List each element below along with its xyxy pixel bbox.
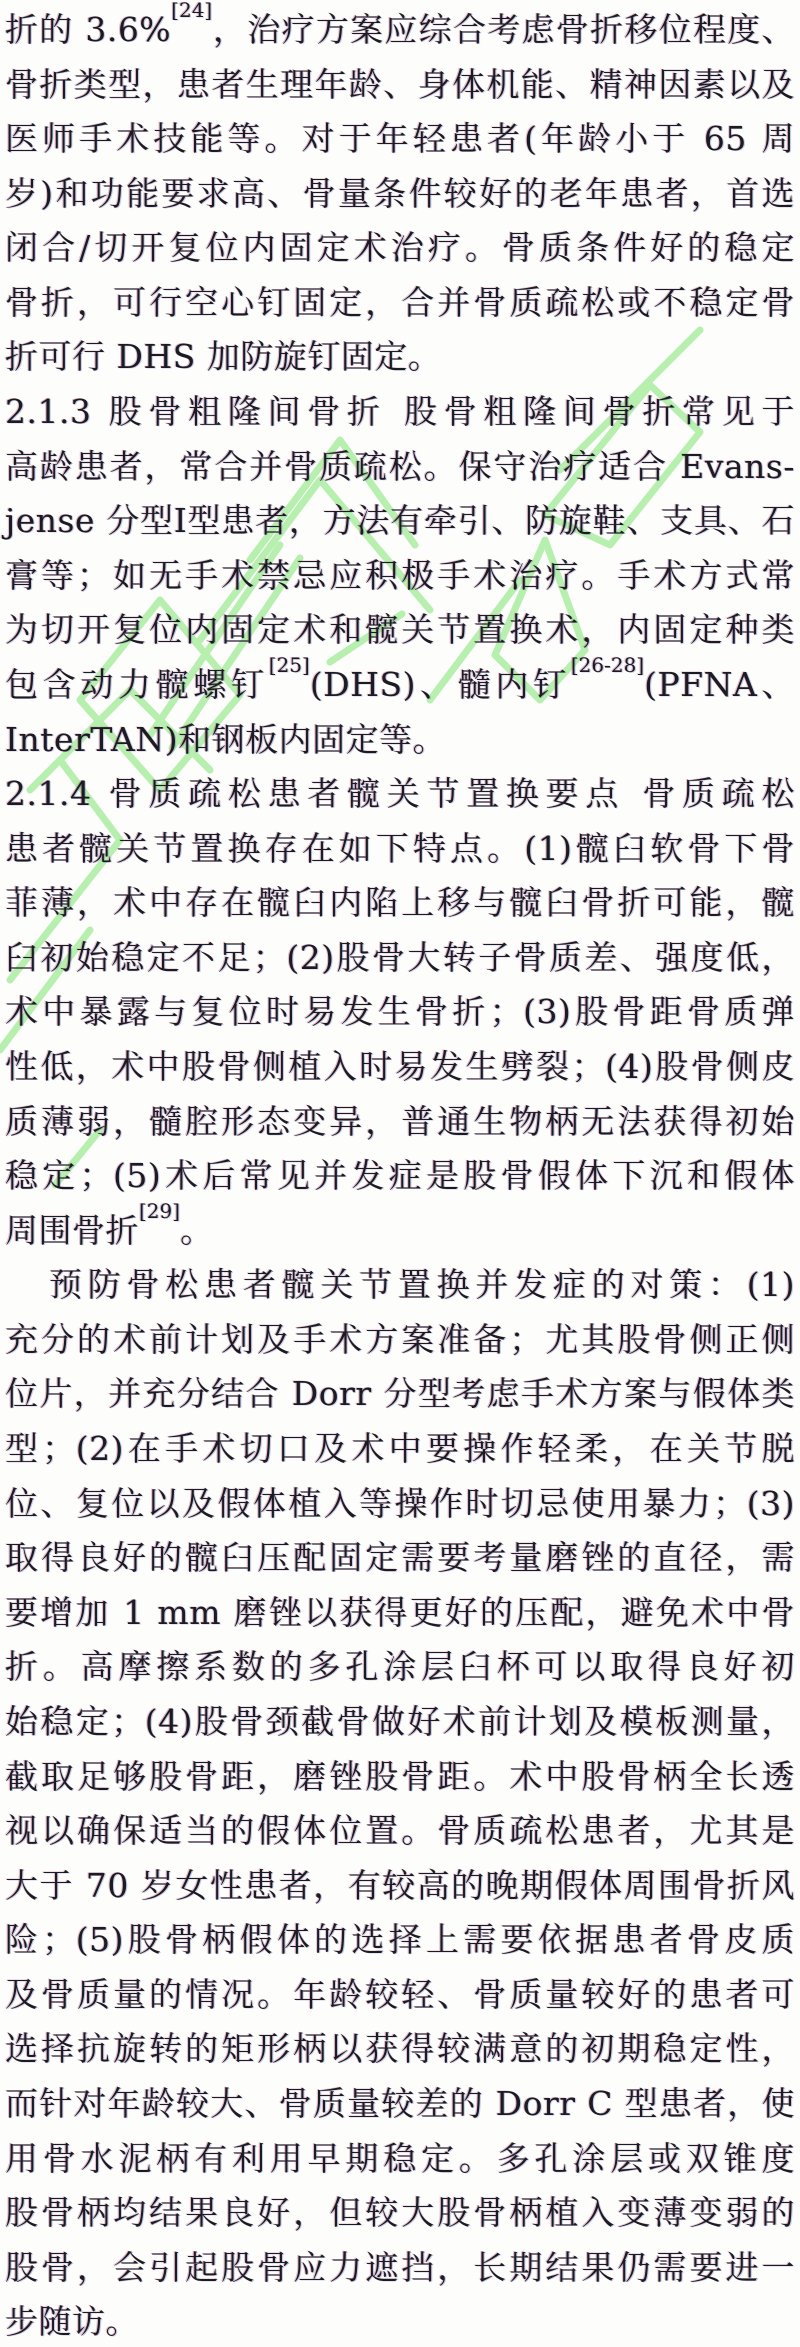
text-line: 菲薄，术中存在髋臼内陷上移与髋臼骨折可能，髋 xyxy=(5,876,795,931)
text-line: 2.1.3 股骨粗隆间骨折 股骨粗隆间骨折常见于 xyxy=(5,385,795,440)
text-line: 要增加 1 mm 磨锉以获得更好的压配，避免术中骨 xyxy=(5,1586,795,1641)
text-line: 臼初始稳定不足；(2)股骨大转子骨质差、强度低， xyxy=(5,931,795,986)
text-line: 预防骨松患者髋关节置换并发症的对策：(1) xyxy=(5,1258,795,1313)
text-line: 患者髋关节置换存在如下特点。(1)髋臼软骨下骨 xyxy=(5,822,795,877)
text-line: 截取足够股骨距，磨锉股骨距。术中股骨柄全长透 xyxy=(5,1750,795,1805)
article-text: 折的 3.6%[24]，治疗方案应综合考虑骨折移位程度、骨折类型，患者生理年龄、… xyxy=(0,0,800,2347)
text-line: 2.1.4 骨质疏松患者髋关节置换要点 骨质疏松 xyxy=(5,767,795,822)
text-line: 闭合/切开复位内固定术治疗。骨质条件好的稳定 xyxy=(5,221,795,276)
text-line: 为切开复位内固定术和髋关节置换术，内固定种类 xyxy=(5,603,795,658)
reference-superscript: [24] xyxy=(171,0,212,22)
text-line: 岁)和功能要求高、骨量条件较好的老年患者，首选 xyxy=(5,167,795,222)
reference-superscript: [29] xyxy=(139,1199,180,1223)
text-line: 折可行 DHS 加防旋钉固定。 xyxy=(5,330,795,385)
text-line: 骨折类型，患者生理年龄、身体机能、精神因素以及 xyxy=(5,58,795,113)
text-line: 位片，并充分结合 Dorr 分型考虑手术方案与假体类 xyxy=(5,1367,795,1422)
text-line: 位、复位以及假体植入等操作时切忌使用暴力；(3) xyxy=(5,1477,795,1532)
text-line: 骨折，可行空心钉固定，合并骨质疏松或不稳定骨 xyxy=(5,276,795,331)
text-line: 险；(5)股骨柄假体的选择上需要依据患者骨皮质 xyxy=(5,1913,795,1968)
text-line: 选择抗旋转的矩形柄以获得较满意的初期稳定性， xyxy=(5,2022,795,2077)
journal-page: 折的 3.6%[24]，治疗方案应综合考虑骨折移位程度、骨折类型，患者生理年龄、… xyxy=(0,0,800,2347)
text-line: 医师手术技能等。对于年轻患者(年龄小于 65 周 xyxy=(5,112,795,167)
text-line: 稳定；(5)术后常见并发症是股骨假体下沉和假体 xyxy=(5,1149,795,1204)
text-line: 充分的术前计划及手术方案准备；尤其股骨侧正侧 xyxy=(5,1313,795,1368)
text-line: 高龄患者，常合并骨质疏松。保守治疗适合 Evans- xyxy=(5,440,795,495)
text-line: 型；(2)在手术切口及术中要操作轻柔，在关节脱 xyxy=(5,1422,795,1477)
reference-superscript: [25] xyxy=(269,653,310,677)
text-line: 折。高摩擦系数的多孔涂层臼杯可以取得良好初 xyxy=(5,1640,795,1695)
text-line: 折的 3.6%[24]，治疗方案应综合考虑骨折移位程度、 xyxy=(5,3,795,58)
reference-superscript: [26-28] xyxy=(571,653,644,677)
text-line: 股骨，会引起股骨应力遮挡，长期结果仍需要进一 xyxy=(5,2241,795,2296)
text-line: InterTAN)和钢板内固定等。 xyxy=(5,713,795,768)
text-line: 周围骨折[29]。 xyxy=(5,1204,795,1259)
text-line: 取得良好的髋臼压配固定需要考量磨锉的直径，需 xyxy=(5,1531,795,1586)
text-line: 而针对年龄较大、骨质量较差的 Dorr C 型患者，使 xyxy=(5,2077,795,2132)
text-line: 始稳定；(4)股骨颈截骨做好术前计划及模板测量， xyxy=(5,1695,795,1750)
text-line: 步随访。 xyxy=(5,2295,795,2347)
text-line: 术中暴露与复位时易发生骨折；(3)股骨距骨质弹 xyxy=(5,985,795,1040)
text-line: 性低，术中股骨侧植入时易发生劈裂；(4)股骨侧皮 xyxy=(5,1040,795,1095)
text-line: 大于 70 岁女性患者，有较高的晚期假体周围骨折风 xyxy=(5,1859,795,1914)
text-line: 视以确保适当的假体位置。骨质疏松患者，尤其是 xyxy=(5,1804,795,1859)
text-line: jense 分型Ⅰ型患者，方法有牵引、防旋鞋、支具、石 xyxy=(5,494,795,549)
text-line: 股骨柄均结果良好，但较大股骨柄植入变薄变弱的 xyxy=(5,2186,795,2241)
text-line: 用骨水泥柄有利用早期稳定。多孔涂层或双锥度 xyxy=(5,2132,795,2187)
text-line: 膏等；如无手术禁忌应积极手术治疗。手术方式常 xyxy=(5,549,795,604)
text-line: 包含动力髋螺钉[25](DHS)、髓内钉[26-28](PFNA、 xyxy=(5,658,795,713)
text-line: 及骨质量的情况。年龄较轻、骨质量较好的患者可 xyxy=(5,1968,795,2023)
text-line: 质薄弱，髓腔形态变异，普通生物柄无法获得初始 xyxy=(5,1095,795,1150)
